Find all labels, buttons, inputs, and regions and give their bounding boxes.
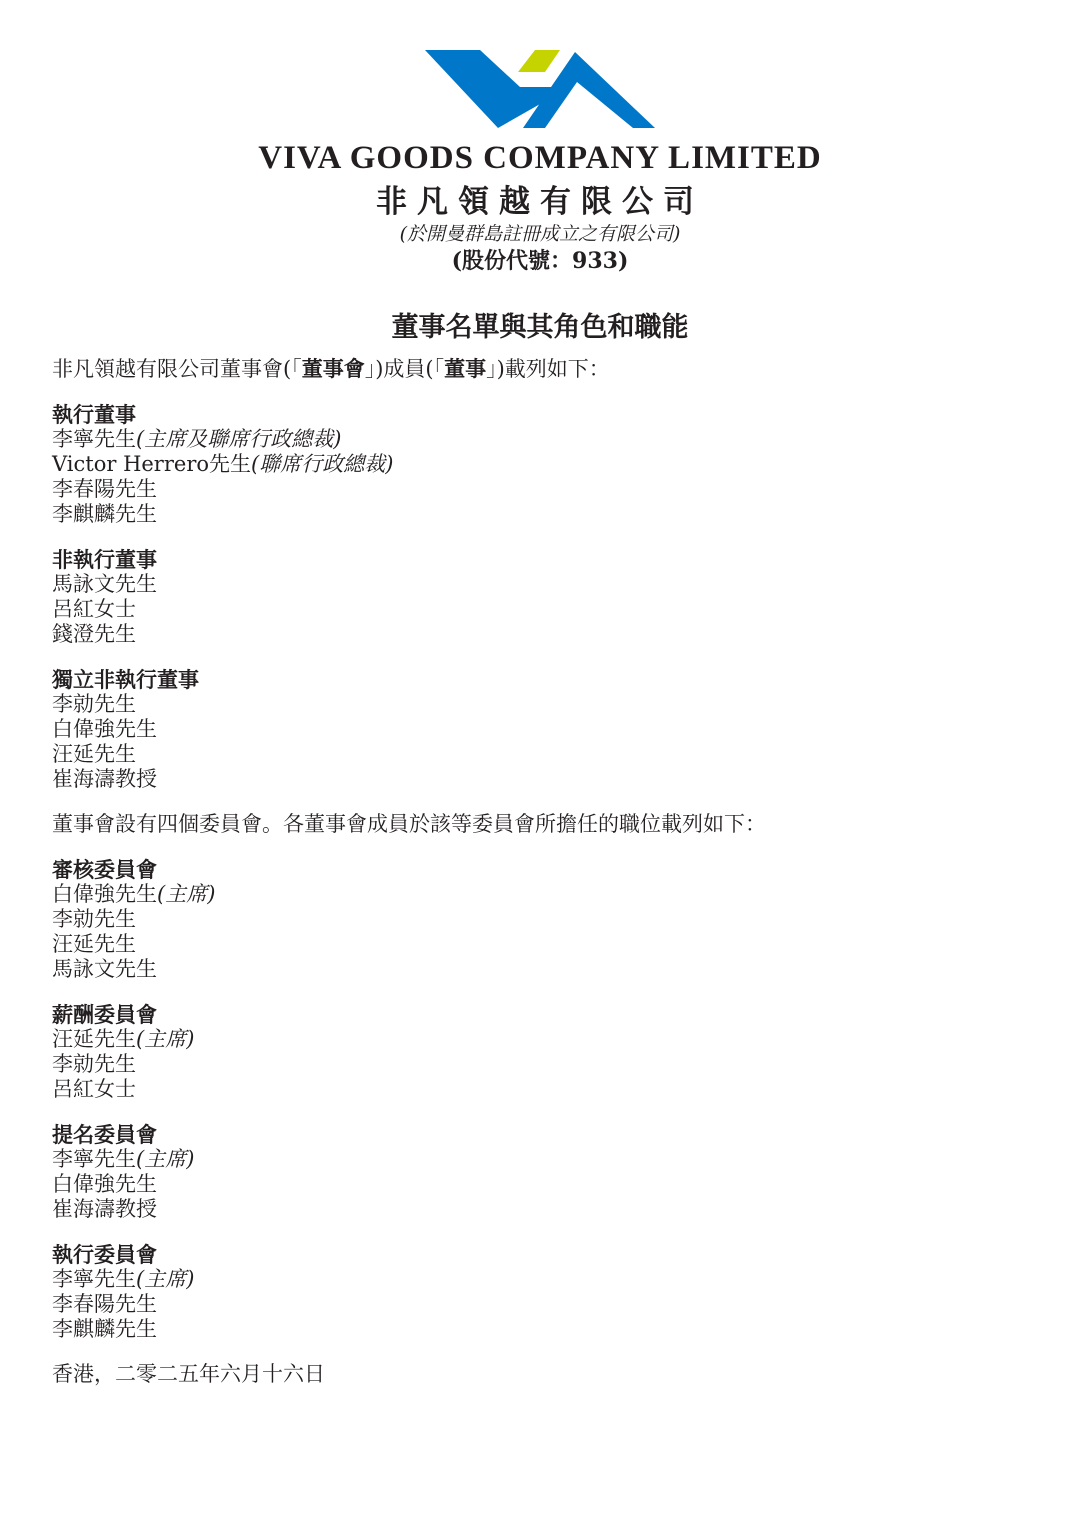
member-role: (主席) <box>136 1027 194 1051</box>
section-title: 薪酬委員會 <box>52 1002 1032 1027</box>
member-name: 呂紅女士 <box>52 1077 136 1101</box>
member-row: 呂紅女士 <box>52 597 1032 622</box>
director-group: 獨立非執行董事李勍先生白偉強先生汪延先生崔海濤教授 <box>52 667 1032 792</box>
intro-suffix: 」)載列如下： <box>486 357 610 381</box>
member-name: Victor Herrero先生 <box>52 452 251 476</box>
director-group: 執行董事李寧先生(主席及聯席行政總裁)Victor Herrero先生(聯席行政… <box>52 402 1032 527</box>
member-row: 白偉強先生 <box>52 717 1032 742</box>
member-row: 李勍先生 <box>52 692 1032 717</box>
member-row: 白偉強先生 <box>52 1172 1032 1197</box>
member-name: 馬詠文先生 <box>52 957 157 981</box>
member-name: 李寧先生 <box>52 1147 136 1171</box>
member-row: 崔海濤教授 <box>52 1197 1032 1222</box>
member-name: 汪延先生 <box>52 1027 136 1051</box>
member-name: 白偉強先生 <box>52 1172 157 1196</box>
committees: 審核委員會白偉強先生(主席)李勍先生汪延先生馬詠文先生薪酬委員會汪延先生(主席)… <box>52 857 1032 1342</box>
section-title: 執行董事 <box>52 402 1032 427</box>
member-name: 李勍先生 <box>52 692 136 716</box>
section-title: 非執行董事 <box>52 547 1032 572</box>
document-title: 董事名單與其角色和職能 <box>0 305 1080 344</box>
member-row: 馬詠文先生 <box>52 957 1032 982</box>
member-row: 馬詠文先生 <box>52 572 1032 597</box>
member-row: 白偉強先生(主席) <box>52 882 1032 907</box>
member-name: 汪延先生 <box>52 932 136 956</box>
member-role: (主席) <box>157 882 215 906</box>
incorporation-note: (於開曼群島註冊成立之有限公司) <box>0 219 1080 246</box>
member-row: 李寧先生(主席及聯席行政總裁) <box>52 427 1032 452</box>
member-row: 汪延先生(主席) <box>52 1027 1032 1052</box>
committee-intro: 董事會設有四個委員會。各董事會成員於該等委員會所擔任的職位載列如下： <box>52 812 1032 837</box>
section-title: 執行委員會 <box>52 1242 1032 1267</box>
committee-section: 審核委員會白偉強先生(主席)李勍先生汪延先生馬詠文先生 <box>52 857 1032 982</box>
member-row: 李春陽先生 <box>52 477 1032 502</box>
logo-dot-shape <box>518 50 560 72</box>
member-name: 白偉強先生 <box>52 717 157 741</box>
intro-mid: 」)成員(「 <box>365 357 444 381</box>
committee-section: 提名委員會李寧先生(主席)白偉強先生崔海濤教授 <box>52 1122 1032 1222</box>
member-name: 馬詠文先生 <box>52 572 157 596</box>
member-name: 崔海濤教授 <box>52 767 157 791</box>
member-row: 李寧先生(主席) <box>52 1267 1032 1292</box>
committee-section: 執行委員會李寧先生(主席)李春陽先生李麒麟先生 <box>52 1242 1032 1342</box>
intro-paragraph: 非凡領越有限公司董事會(「董事會」)成員(「董事」)載列如下： <box>52 356 1032 382</box>
member-row: 汪延先生 <box>52 932 1032 957</box>
member-row: Victor Herrero先生(聯席行政總裁) <box>52 452 1032 477</box>
intro-prefix: 非凡領越有限公司董事會(「 <box>52 357 302 381</box>
member-name: 李勍先生 <box>52 1052 136 1076</box>
director-term: 董事 <box>444 356 486 381</box>
member-name: 李麒麟先生 <box>52 502 157 526</box>
board-term: 董事會 <box>302 356 365 381</box>
member-name: 李春陽先生 <box>52 1292 157 1316</box>
member-row: 呂紅女士 <box>52 1077 1032 1102</box>
company-logo <box>425 50 655 130</box>
company-name-zh: 非凡領越有限公司 <box>0 176 1080 221</box>
member-row: 李麒麟先生 <box>52 502 1032 527</box>
member-name: 李寧先生 <box>52 1267 136 1291</box>
member-row: 李勍先生 <box>52 1052 1032 1077</box>
company-name-en: VIVA GOODS COMPANY LIMITED <box>0 140 1080 177</box>
member-role: (聯席行政總裁) <box>251 452 393 476</box>
member-name: 錢澄先生 <box>52 622 136 646</box>
member-name: 白偉強先生 <box>52 882 157 906</box>
member-role: (主席) <box>136 1147 194 1171</box>
member-name: 李勍先生 <box>52 907 136 931</box>
member-name: 呂紅女士 <box>52 597 136 621</box>
member-name: 李寧先生 <box>52 427 136 451</box>
document-body: 非凡領越有限公司董事會(「董事會」)成員(「董事」)載列如下： 執行董事李寧先生… <box>52 356 1032 1407</box>
member-row: 李寧先生(主席) <box>52 1147 1032 1172</box>
director-group: 非執行董事馬詠文先生呂紅女士錢澄先生 <box>52 547 1032 647</box>
committee-section: 薪酬委員會汪延先生(主席)李勍先生呂紅女士 <box>52 1002 1032 1102</box>
member-role: (主席) <box>136 1267 194 1291</box>
member-name: 汪延先生 <box>52 742 136 766</box>
member-row: 李麒麟先生 <box>52 1317 1032 1342</box>
member-name: 李麒麟先生 <box>52 1317 157 1341</box>
section-title: 審核委員會 <box>52 857 1032 882</box>
member-row: 汪延先生 <box>52 742 1032 767</box>
member-row: 李勍先生 <box>52 907 1032 932</box>
section-title: 獨立非執行董事 <box>52 667 1032 692</box>
member-row: 崔海濤教授 <box>52 767 1032 792</box>
member-row: 錢澄先生 <box>52 622 1032 647</box>
stock-code: (股份代號：933) <box>0 244 1080 275</box>
director-groups: 執行董事李寧先生(主席及聯席行政總裁)Victor Herrero先生(聯席行政… <box>52 402 1032 792</box>
member-row: 李春陽先生 <box>52 1292 1032 1317</box>
member-name: 崔海濤教授 <box>52 1197 157 1221</box>
member-name: 李春陽先生 <box>52 477 157 501</box>
member-role: (主席及聯席行政總裁) <box>136 427 341 451</box>
section-title: 提名委員會 <box>52 1122 1032 1147</box>
date-line: 香港，二零二五年六月十六日 <box>52 1362 1032 1387</box>
